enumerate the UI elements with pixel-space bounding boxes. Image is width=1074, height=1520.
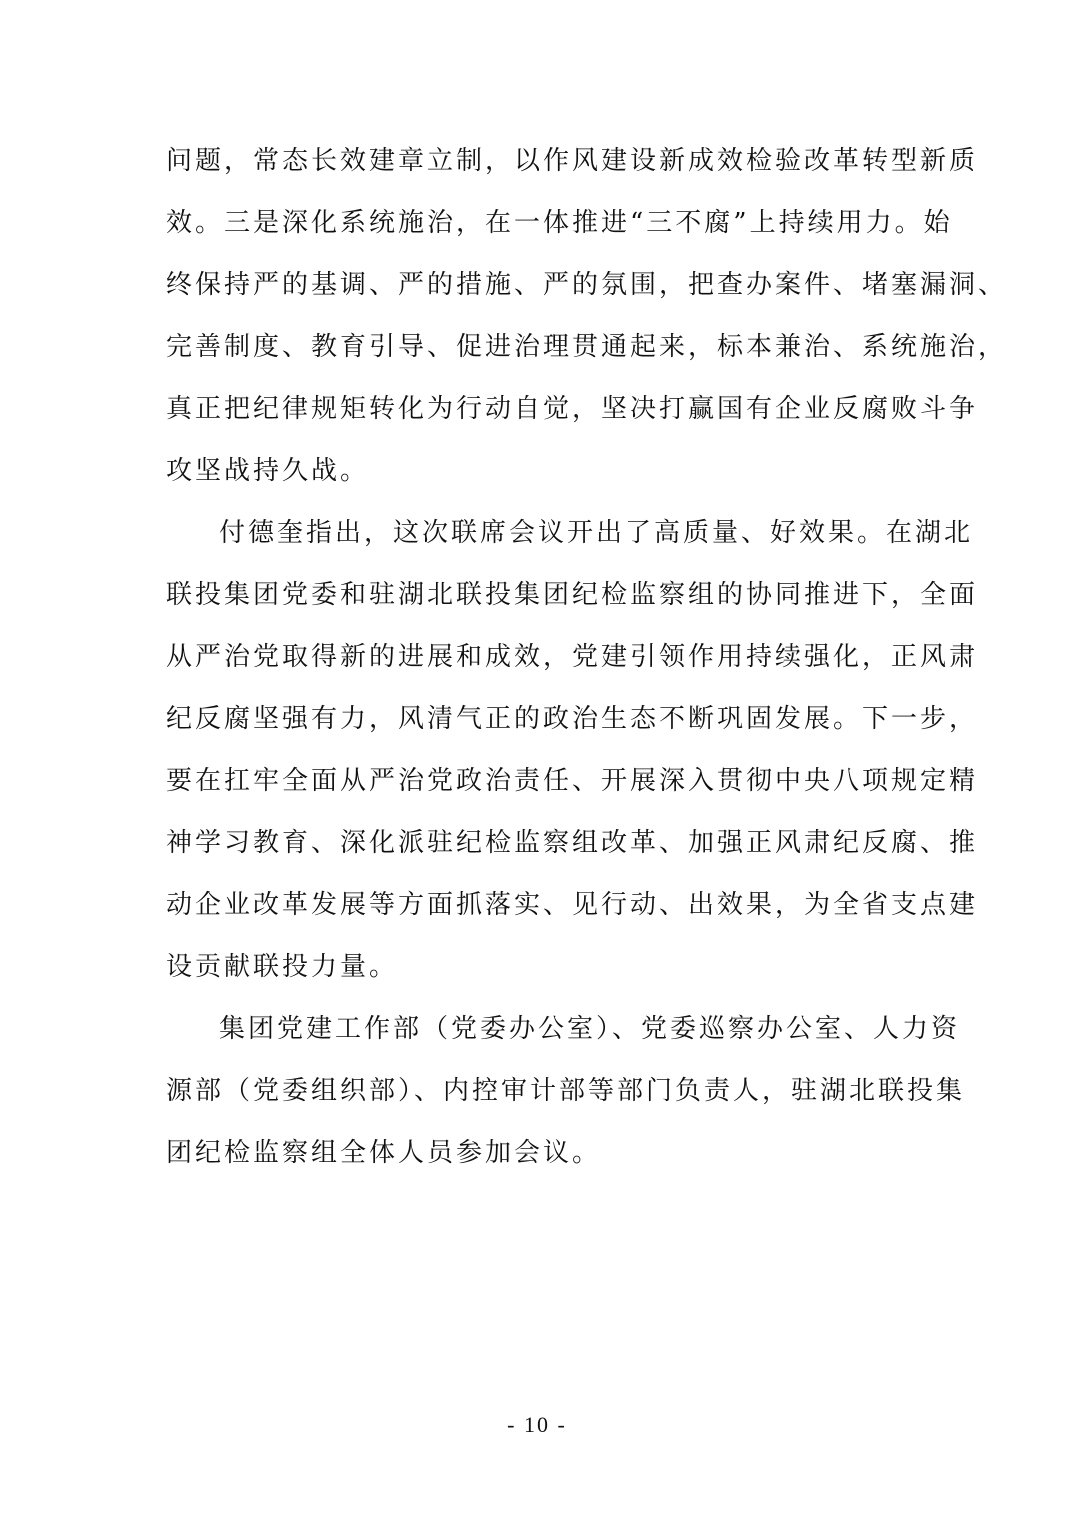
paragraph-line: 联投集团党委和驻湖北联投集团纪检监察组的协同推进下，全面: [166, 575, 912, 615]
paragraph-line: 要在扛牢全面从严治党政治责任、开展深入贯彻中央八项规定精: [166, 761, 912, 801]
paragraph-line: 从严治党取得新的进展和成效，党建引领作用持续强化，正风肃: [166, 637, 912, 677]
paragraph-line: 设贡献联投力量。: [166, 947, 912, 987]
paragraph-line: 效。三是深化系统施治，在一体推进“三不腐”上持续用力。始: [166, 203, 912, 243]
paragraph-line: 攻坚战持久战。: [166, 451, 912, 491]
paragraph-line: 动企业改革发展等方面抓落实、见行动、出效果，为全省支点建: [166, 885, 912, 925]
document-page: 问题，常态长效建章立制，以作风建设新成效检验改革转型新质 效。三是深化系统施治，…: [0, 0, 1074, 1520]
paragraph-line: 完善制度、教育引导、促进治理贯通起来，标本兼治、系统施治，: [166, 327, 912, 367]
paragraph-line: 团纪检监察组全体人员参加会议。: [166, 1133, 912, 1173]
paragraph-line: 神学习教育、深化派驻纪检监察组改革、加强正风肃纪反腐、推: [166, 823, 912, 863]
paragraph-line: 问题，常态长效建章立制，以作风建设新成效检验改革转型新质: [166, 141, 912, 181]
page-number: - 10 -: [0, 1412, 1074, 1438]
paragraph-line: 源部（党委组织部）、内控审计部等部门负责人，驻湖北联投集: [166, 1071, 912, 1111]
paragraph-line: 付德奎指出，这次联席会议开出了高质量、好效果。在湖北: [219, 513, 912, 553]
paragraph-line: 终保持严的基调、严的措施、严的氛围，把查办案件、堵塞漏洞、: [166, 265, 912, 305]
paragraph-line: 真正把纪律规矩转化为行动自觉，坚决打赢国有企业反腐败斗争: [166, 389, 912, 429]
paragraph-line: 纪反腐坚强有力，风清气正的政治生态不断巩固发展。下一步，: [166, 699, 912, 739]
paragraph-line: 集团党建工作部（党委办公室）、党委巡察办公室、人力资: [219, 1009, 912, 1049]
